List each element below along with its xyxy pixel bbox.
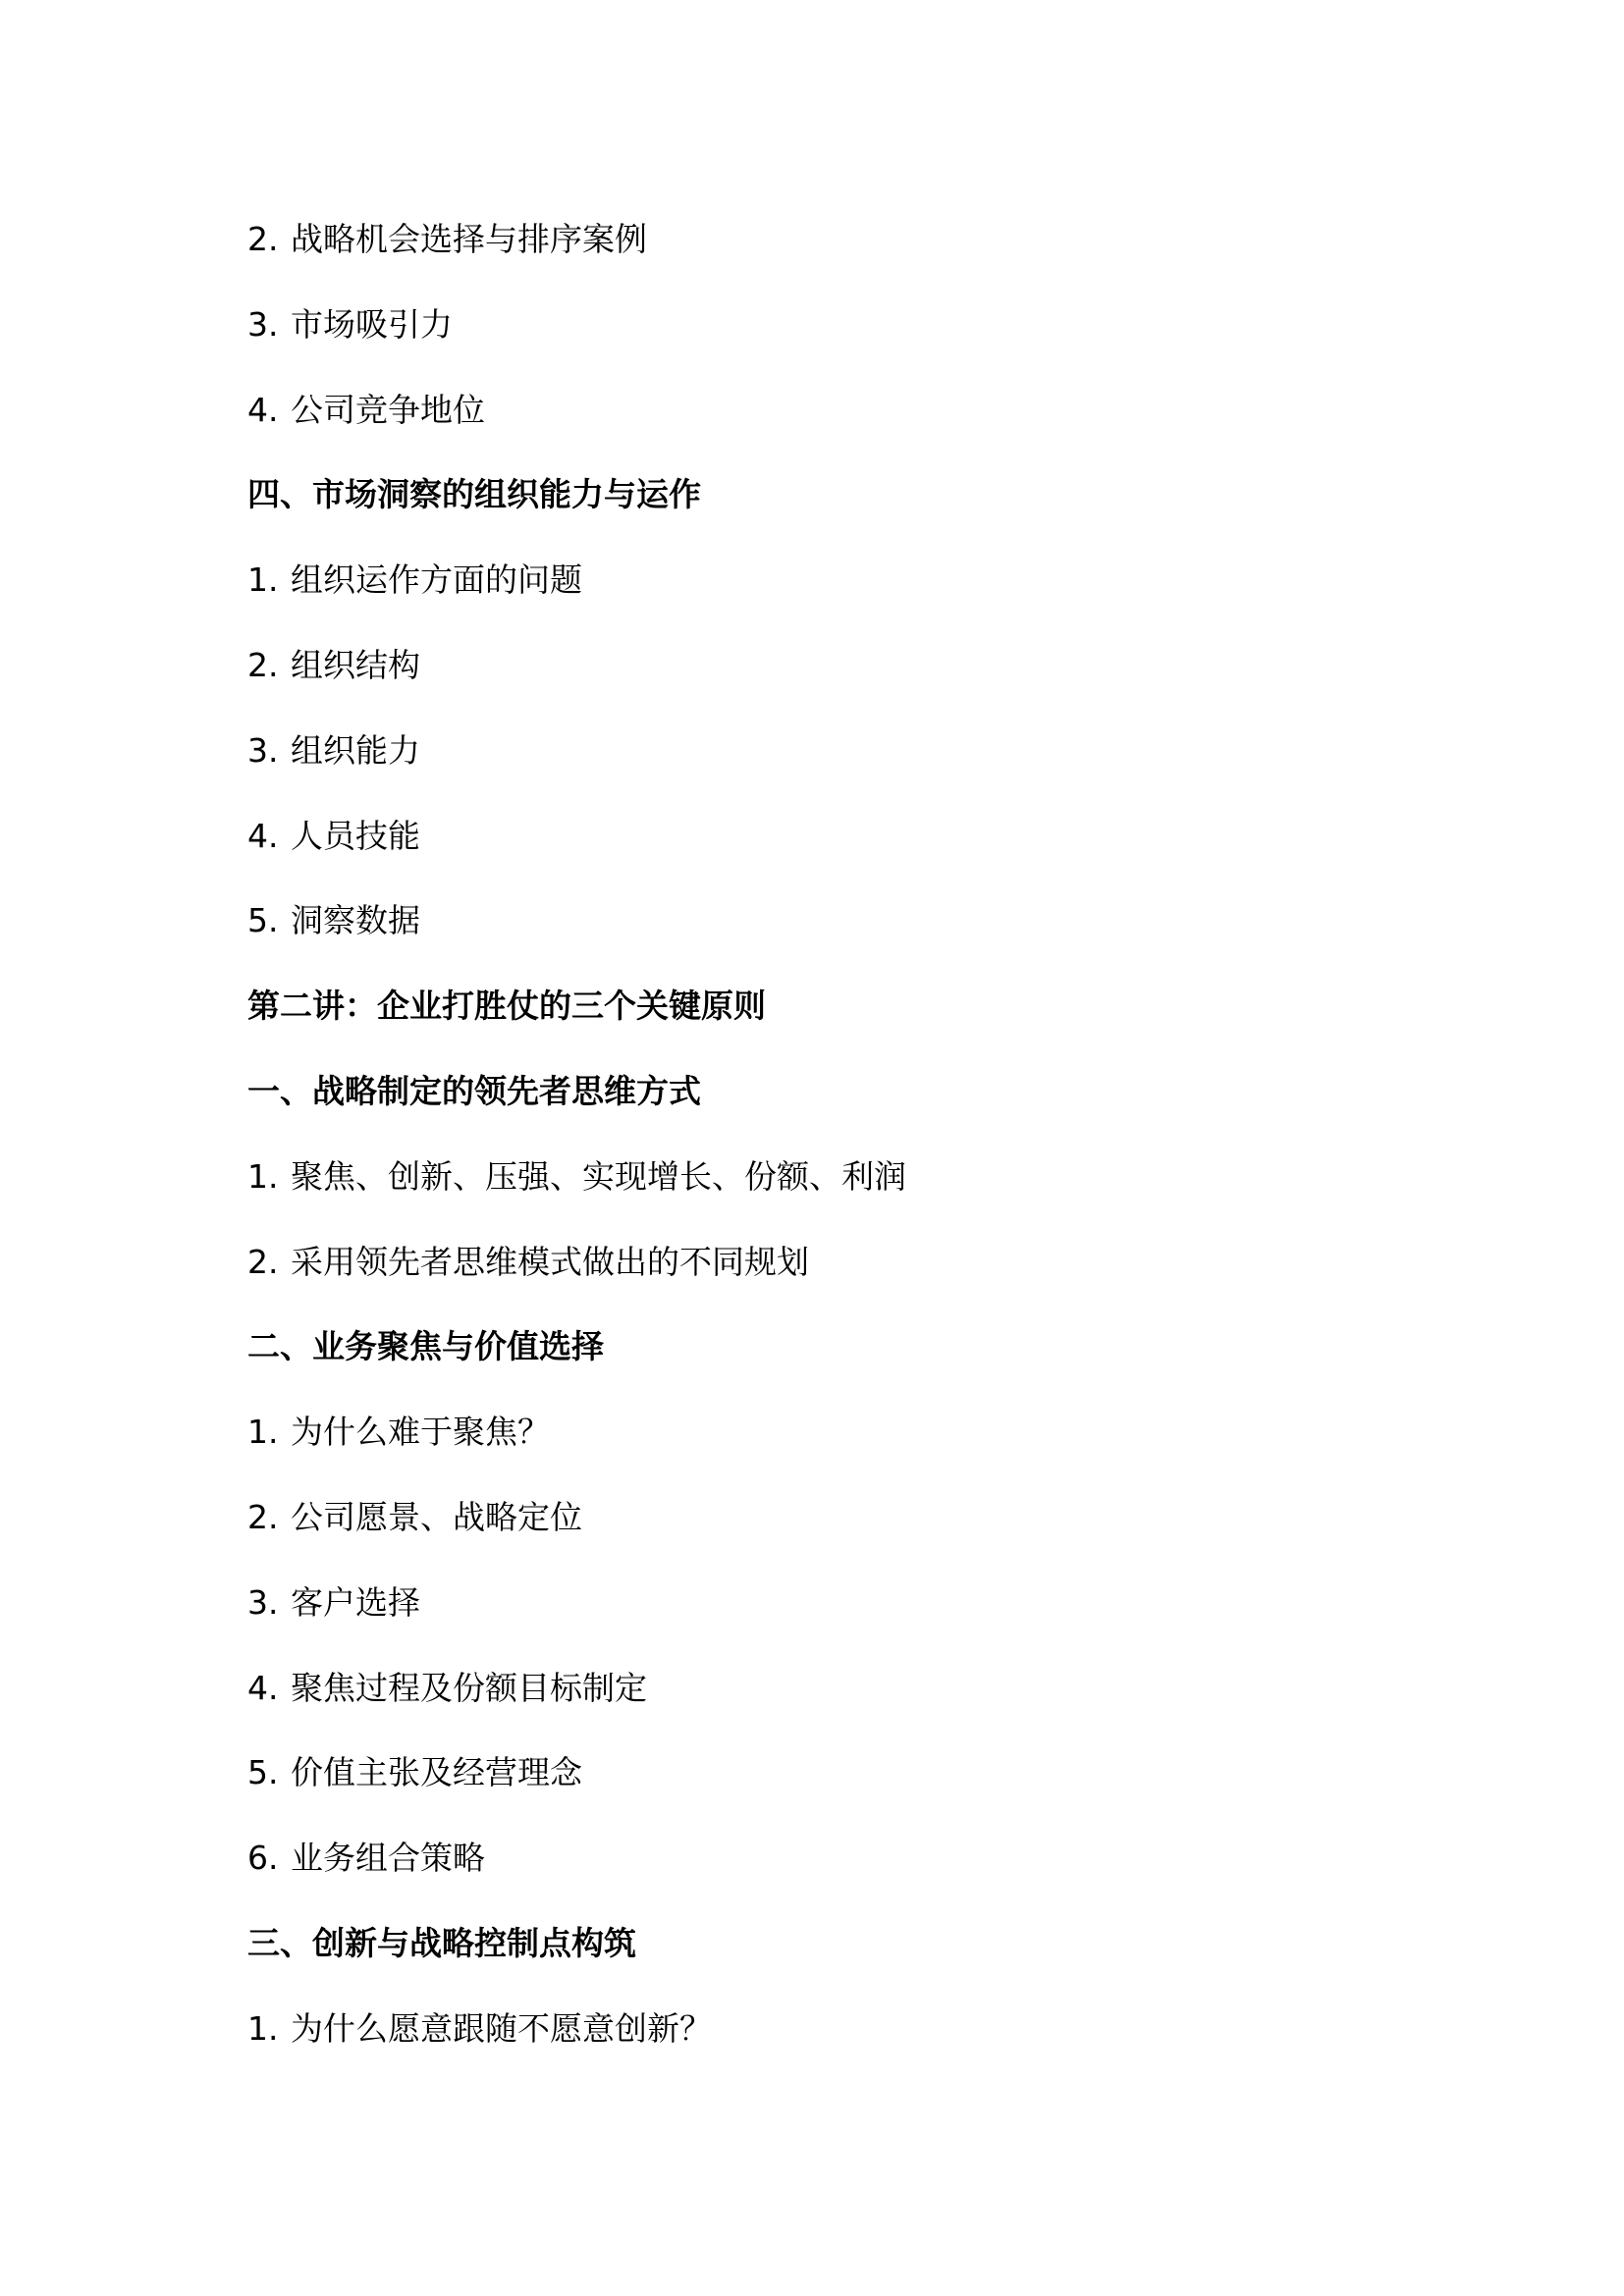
section-heading: 四、市场洞察的组织能力与运作: [247, 453, 1426, 538]
item-number: 4.: [247, 1646, 291, 1732]
item-number: 4.: [247, 794, 291, 880]
lecture-heading: 第二讲：企业打胜仗的三个关键原则: [247, 964, 1426, 1049]
item-text: 为什么愿意跟随不愿意创新？: [291, 2009, 712, 2048]
list-item: 5.价值主张及经营理念: [247, 1731, 1426, 1816]
item-text: 组织能力: [291, 731, 420, 770]
list-item: 2.战略机会选择与排序案例: [247, 197, 1426, 283]
item-number: 6.: [247, 1816, 291, 1901]
item-number: 2.: [247, 1220, 291, 1306]
list-item: 2.公司愿景、战略定位: [247, 1475, 1426, 1561]
item-text: 聚焦过程及份额目标制定: [291, 1669, 647, 1707]
list-item: 2.采用领先者思维模式做出的不同规划: [247, 1220, 1426, 1306]
list-item: 2.组织结构: [247, 623, 1426, 709]
item-text: 组织结构: [291, 646, 420, 684]
item-text: 客户选择: [291, 1583, 420, 1622]
item-text: 业务组合策略: [291, 1839, 485, 1877]
item-number: 2.: [247, 197, 291, 283]
list-item: 1.为什么难于聚焦？: [247, 1390, 1426, 1475]
document-page: 2.战略机会选择与排序案例 3.市场吸引力 4.公司竞争地位 四、市场洞察的组织…: [247, 197, 1426, 2072]
item-number: 1.: [247, 1987, 291, 2072]
list-item: 3.客户选择: [247, 1561, 1426, 1646]
item-text: 洞察数据: [291, 901, 420, 939]
list-item: 4.人员技能: [247, 794, 1426, 880]
item-number: 3.: [247, 709, 291, 794]
item-number: 3.: [247, 1561, 291, 1646]
item-number: 1.: [247, 1135, 291, 1220]
list-item: 6.业务组合策略: [247, 1816, 1426, 1901]
list-item: 1.聚焦、创新、压强、实现增长、份额、利润: [247, 1135, 1426, 1220]
item-text: 价值主张及经营理念: [291, 1753, 582, 1791]
list-item: 4.公司竞争地位: [247, 368, 1426, 454]
item-text: 为什么难于聚焦？: [291, 1413, 550, 1451]
item-text: 市场吸引力: [291, 305, 453, 344]
list-item: 4.聚焦过程及份额目标制定: [247, 1646, 1426, 1732]
list-item: 1.组织运作方面的问题: [247, 538, 1426, 623]
item-text: 公司竞争地位: [291, 391, 485, 429]
item-text: 战略机会选择与排序案例: [291, 220, 647, 258]
item-text: 组织运作方面的问题: [291, 561, 582, 599]
item-number: 5.: [247, 879, 291, 964]
section-heading: 二、业务聚焦与价值选择: [247, 1305, 1426, 1390]
item-number: 5.: [247, 1731, 291, 1816]
item-text: 采用领先者思维模式做出的不同规划: [291, 1243, 809, 1281]
item-number: 4.: [247, 368, 291, 454]
list-item: 1.为什么愿意跟随不愿意创新？: [247, 1987, 1426, 2072]
section-heading: 一、战略制定的领先者思维方式: [247, 1049, 1426, 1135]
item-text: 人员技能: [291, 817, 420, 855]
item-text: 聚焦、创新、压强、实现增长、份额、利润: [291, 1157, 906, 1196]
item-number: 3.: [247, 283, 291, 368]
item-number: 1.: [247, 1390, 291, 1475]
list-item: 3.组织能力: [247, 709, 1426, 794]
item-text: 公司愿景、战略定位: [291, 1498, 582, 1536]
item-number: 1.: [247, 538, 291, 623]
section-heading: 三、创新与战略控制点构筑: [247, 1901, 1426, 1987]
list-item: 5.洞察数据: [247, 879, 1426, 964]
item-number: 2.: [247, 1475, 291, 1561]
list-item: 3.市场吸引力: [247, 283, 1426, 368]
item-number: 2.: [247, 623, 291, 709]
